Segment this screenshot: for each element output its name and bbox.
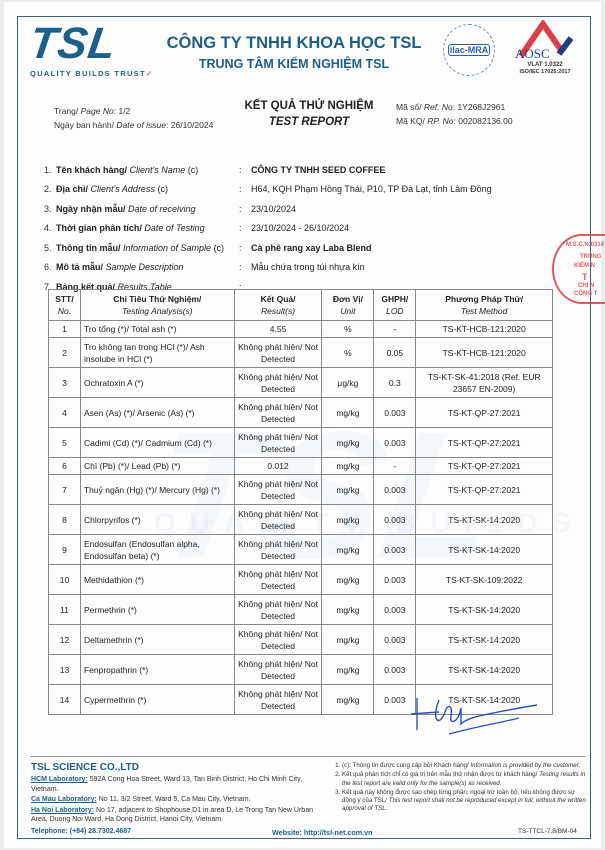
info-number: 5.	[44, 243, 56, 253]
table-row: 12Deltamethrin (*)Không phát hiện/ Not D…	[49, 625, 553, 655]
analysis-name: Methidathion (*)	[80, 565, 234, 595]
analysis-name: Chlorpyrifos (*)	[80, 505, 234, 535]
unit-value: mg/kg	[322, 398, 374, 428]
result-value: Không phát hiện/ Not Detected	[234, 625, 322, 655]
unit-value: mg/kg	[322, 595, 374, 625]
info-label: Địa chỉ/ Client's Address (c)	[56, 184, 239, 194]
info-value: 23/10/2024	[251, 204, 584, 214]
test-method: TS-KT-SK-41:2018 (Ref. EUR 23657 EN-2009…	[416, 368, 553, 398]
unit-value: mg/kg	[322, 428, 374, 458]
lod-value: 0.3	[374, 368, 416, 398]
unit-value: mg/kg	[322, 505, 374, 535]
info-number: 6.	[44, 262, 56, 272]
analysis-name: Cypermethrin (*)	[80, 685, 234, 715]
row-number: 12	[49, 625, 81, 655]
lod-value: 0.003	[374, 535, 416, 565]
table-row: 8Chlorpyrifos (*)Không phát hiện/ Not De…	[49, 505, 553, 535]
row-number: 11	[49, 595, 81, 625]
rp-number: Mã KQ/ RP. No: 002082136.00	[396, 116, 513, 126]
info-row: 5.Thông tin mẫu/ Information of Sample (…	[44, 238, 584, 258]
info-number: 4.	[44, 223, 56, 233]
table-body: 1Tro tổng (*)/ Total ash (*)4.55%-TS-KT-…	[49, 321, 553, 715]
lod-value: 0.003	[374, 595, 416, 625]
footer-contacts: TSL SCIENCE CO.,LTD HCM Laboratory: 592A…	[31, 762, 321, 836]
table-row: 11Permethrin (*)Không phát hiện/ Not Det…	[49, 595, 553, 625]
unit-value: %	[322, 321, 374, 338]
analysis-name: Permethrin (*)	[80, 595, 234, 625]
unit-value: mg/kg	[322, 655, 374, 685]
page-value: 1/2	[118, 106, 130, 116]
aosc-accreditation-logo: AOSC VLAT 1.0322 ISO/IEC 17025:2017	[509, 20, 581, 75]
lod-value: 0.003	[374, 655, 416, 685]
analysis-name: Thuỷ ngân (Hg) (*)/ Mercury (Hg) (*)	[80, 475, 234, 505]
table-row: 2Tro không tan trong HCl (*)/ Ash insolu…	[49, 338, 553, 368]
result-value: Không phát hiện/ Not Detected	[234, 595, 322, 625]
result-value: Không phát hiện/ Not Detected	[234, 398, 322, 428]
lod-value: 0.003	[374, 428, 416, 458]
center-name: TRUNG TÂM KIỂM NGHIỆM TSL	[154, 57, 434, 71]
result-value: Không phát hiện/ Not Detected	[234, 565, 322, 595]
lod-value: 0.003	[374, 475, 416, 505]
info-value: 23/10/2024 - 26/10/2024	[251, 223, 584, 233]
row-number: 14	[49, 685, 81, 715]
analysis-name: Endosulfan (Endosulfan alpha, Endosulfan…	[80, 535, 234, 565]
test-method: TS-KT-SK-14:2020	[416, 655, 553, 685]
table-row: 5Cadimi (Cd) (*)/ Cadmium (Cd) (*)Không …	[49, 428, 553, 458]
table-row: 1Tro tổng (*)/ Total ash (*)4.55%-TS-KT-…	[49, 321, 553, 338]
unit-value: %	[322, 338, 374, 368]
document-page: TSL QUALITY BUILDS TRUST TSL QUALITY BUI…	[4, 2, 601, 848]
title-en: TEST REPORT	[229, 116, 389, 128]
notes-list: (c): Thông tin được cung cấp bởi Khách h…	[332, 762, 587, 814]
aosc-label: AOSC	[509, 46, 581, 62]
result-value: Không phát hiện/ Not Detected	[234, 685, 322, 715]
ilac-label: ilac-MRA	[448, 44, 491, 56]
lod-value: 0.003	[374, 565, 416, 595]
test-method: TS-KT-SK-14:2020	[416, 625, 553, 655]
table-row: 7Thuỷ ngân (Hg) (*)/ Mercury (Hg) (*)Khô…	[49, 475, 553, 505]
result-value: Không phát hiện/ Not Detected	[234, 475, 322, 505]
row-number: 5	[49, 428, 81, 458]
result-value: 0.012	[234, 458, 322, 475]
results-table: STT/No.Chỉ Tiêu Thử Nghiệm/Testing Analy…	[48, 289, 553, 715]
ref-label-vi: Mã số/	[396, 102, 422, 112]
table-row: 13Fenpropathrin (*)Không phát hiện/ Not …	[49, 655, 553, 685]
table-row: 6Chì (Pb) (*)/ Lead (Pb) (*)0.012mg/kg-T…	[49, 458, 553, 475]
row-number: 6	[49, 458, 81, 475]
unit-value: µg/kg	[322, 368, 374, 398]
info-row: 6.Mô tả mẫu/ Sample Description:Mẫu chứa…	[44, 258, 584, 278]
table-row: 4Asen (As) (*)/ Arsenic (As) (*)Không ph…	[49, 398, 553, 428]
company-name: CÔNG TY TNHH KHOA HỌC TSL	[154, 34, 434, 53]
lab-entry: Ca Mau Laboratory: No 11, 3/2 Street, Wa…	[31, 795, 321, 805]
row-number: 3	[49, 368, 81, 398]
note-item: Kết quả phân tích chỉ có giá trị trên mẫ…	[342, 771, 587, 788]
row-number: 9	[49, 535, 81, 565]
result-value: Không phát hiện/ Not Detected	[234, 428, 322, 458]
info-number: 1.	[44, 165, 56, 175]
issue-date: Ngày ban hành/ Date of issue: 26/10/2024	[54, 120, 213, 130]
check-icon: ✓	[146, 69, 154, 78]
logo-text: TSL	[27, 22, 143, 66]
lab-list: HCM Laboratory: 592A Cong Hoa Street, Wa…	[31, 775, 321, 825]
result-value: Không phát hiện/ Not Detected	[234, 505, 322, 535]
aosc-code: VLAT 1.0322	[509, 62, 581, 68]
info-label: Thông tin mẫu/ Information of Sample (c)	[56, 243, 239, 253]
info-colon: :	[239, 165, 251, 175]
column-header: GHPH/LOD	[374, 290, 416, 321]
info-colon: :	[239, 204, 251, 214]
form-code: TS-TTCL-7.8/BM-04	[518, 828, 577, 835]
company-heading: CÔNG TY TNHH KHOA HỌC TSL TRUNG TÂM KIỂM…	[154, 34, 434, 71]
test-method: TS-KT-SK-14:2020	[416, 595, 553, 625]
column-header: Kết Quả/Result(s)	[234, 290, 322, 321]
issue-label-en: Date of issue	[116, 120, 166, 130]
table-header-row: STT/No.Chỉ Tiêu Thử Nghiệm/Testing Analy…	[49, 290, 553, 321]
column-header: Đơn Vị/Unit	[322, 290, 374, 321]
rp-label-vi: Mã KQ/	[396, 116, 425, 126]
table-row: 10Methidathion (*)Không phát hiện/ Not D…	[49, 565, 553, 595]
info-label: Tên khách hàng/ Client's Name (c)	[56, 165, 239, 175]
lod-value: 0.05	[374, 338, 416, 368]
table-row: 3Ochratoxin A (*)Không phát hiện/ Not De…	[49, 368, 553, 398]
info-value: Mẫu chứa trong túi nhựa kín	[251, 262, 584, 272]
footer-company: TSL SCIENCE CO.,LTD	[31, 762, 321, 774]
page-number: Trang/ Page No: 1/2	[54, 106, 130, 116]
lod-value: -	[374, 321, 416, 338]
test-method: TS-KT-SK-14:2020	[416, 505, 553, 535]
page-label-en: Page No	[81, 106, 114, 116]
info-row: 1.Tên khách hàng/ Client's Name (c):CÔNG…	[44, 160, 584, 180]
unit-value: mg/kg	[322, 458, 374, 475]
column-header: STT/No.	[49, 290, 81, 321]
sample-info-list: 1.Tên khách hàng/ Client's Name (c):CÔNG…	[44, 160, 584, 297]
info-label: Ngày nhận mẫu/ Date of receiving	[56, 204, 239, 214]
title-vi: KẾT QUẢ THỬ NGHIỆM	[229, 100, 389, 112]
info-row: 3.Ngày nhận mẫu/ Date of receiving:23/10…	[44, 199, 584, 219]
report-title: KẾT QUẢ THỬ NGHIỆM TEST REPORT	[229, 100, 389, 128]
rp-label-en: RP. No	[427, 116, 453, 126]
row-number: 8	[49, 505, 81, 535]
website-link[interactable]: Website: http://tsl-net.com.vn	[272, 828, 373, 837]
footer-divider	[30, 756, 586, 757]
analysis-name: Asen (As) (*)/ Arsenic (As) (*)	[80, 398, 234, 428]
lod-value: 0.003	[374, 505, 416, 535]
analysis-name: Deltamethrin (*)	[80, 625, 234, 655]
logo-tagline: QUALITY BUILDS TRUST✓	[30, 69, 140, 78]
info-row: 4.Thời gian phân tích/ Date of Testing:2…	[44, 219, 584, 239]
ref-number: Mã số/ Ref. No: 1Y268J2961	[396, 102, 505, 112]
tsl-logo: TSL QUALITY BUILDS TRUST✓	[30, 22, 140, 78]
page-label-vi: Trang/	[54, 106, 78, 116]
unit-value: mg/kg	[322, 475, 374, 505]
info-number: 3.	[44, 204, 56, 214]
ilac-mra-logo: ilac-MRA	[443, 24, 495, 76]
company-stamp: M.S.C.N:0314 TRUNG KIỂM N T CHI N CÔNG T	[552, 234, 605, 304]
info-colon: :	[239, 262, 251, 272]
tagline-text: QUALITY BUILDS TRUST	[30, 69, 146, 78]
test-method: TS-KT-SK-109:2022	[416, 565, 553, 595]
info-value: CÔNG TY TNHH SEED COFFEE	[251, 165, 584, 175]
unit-value: mg/kg	[322, 535, 374, 565]
info-number: 2.	[44, 184, 56, 194]
row-number: 2	[49, 338, 81, 368]
unit-value: mg/kg	[322, 685, 374, 715]
ref-label-en: Ref. No	[424, 102, 453, 112]
result-value: Không phát hiện/ Not Detected	[234, 338, 322, 368]
row-number: 7	[49, 475, 81, 505]
row-number: 13	[49, 655, 81, 685]
column-header: Chỉ Tiêu Thử Nghiệm/Testing Analysis(s)	[80, 290, 234, 321]
footer-notes: (c): Thông tin được cung cấp bởi Khách h…	[332, 762, 587, 815]
test-method: TS-KT-QP-27:2021	[416, 475, 553, 505]
lod-value: -	[374, 458, 416, 475]
row-number: 4	[49, 398, 81, 428]
unit-value: mg/kg	[322, 565, 374, 595]
analysis-name: Tro không tan trong HCl (*)/ Ash insolub…	[80, 338, 234, 368]
info-value: H64, KQH Phạm Hồng Thái, P10, TP Đà Lạt,…	[251, 184, 584, 194]
test-method: TS-KT-HCB-121:2020	[416, 338, 553, 368]
info-colon: :	[239, 243, 251, 253]
analysis-name: Fenpropathrin (*)	[80, 655, 234, 685]
info-label: Mô tả mẫu/ Sample Description	[56, 262, 239, 272]
issue-label-vi: Ngày ban hành/	[54, 120, 114, 130]
note-item: (c): Thông tin được cung cấp bởi Khách h…	[342, 762, 587, 770]
test-method: TS-KT-HCB-121:2020	[416, 321, 553, 338]
result-value: Không phát hiện/ Not Detected	[234, 655, 322, 685]
result-value: 4.55	[234, 321, 322, 338]
analysis-name: Chì (Pb) (*)/ Lead (Pb) (*)	[80, 458, 234, 475]
aosc-standard: ISO/IEC 17025:2017	[509, 69, 581, 75]
result-value: Không phát hiện/ Not Detected	[234, 368, 322, 398]
test-method: TS-KT-QP-27:2021	[416, 428, 553, 458]
unit-value: mg/kg	[322, 625, 374, 655]
row-number: 10	[49, 565, 81, 595]
test-method: TS-KT-QP-27:2021	[416, 458, 553, 475]
analysis-name: Tro tổng (*)/ Total ash (*)	[80, 321, 234, 338]
analysis-name: Cadimi (Cd) (*)/ Cadmium (Cd) (*)	[80, 428, 234, 458]
ref-value: 1Y268J2961	[457, 102, 505, 112]
test-method: TS-KT-SK-14:2020	[416, 535, 553, 565]
issue-value: 26/10/2024	[171, 120, 214, 130]
table-row: 9Endosulfan (Endosulfan alpha, Endosulfa…	[49, 535, 553, 565]
lab-entry: Ha Noi Laboratory: No 17, adjacent to Sh…	[31, 806, 321, 825]
row-number: 1	[49, 321, 81, 338]
analysis-name: Ochratoxin A (*)	[80, 368, 234, 398]
lod-value: 0.003	[374, 625, 416, 655]
note-item: Kết quả này không được sao chép từng phầ…	[342, 789, 587, 814]
column-header: Phương Pháp Thử/Test Method	[416, 290, 553, 321]
lod-value: 0.003	[374, 398, 416, 428]
info-label: Thời gian phân tích/ Date of Testing	[56, 223, 239, 233]
info-value: Cà phê rang xay Laba Blend	[251, 243, 584, 253]
rp-value: 002082136.00	[458, 116, 512, 126]
info-colon: :	[239, 223, 251, 233]
info-colon: :	[239, 184, 251, 194]
info-row: 2.Địa chỉ/ Client's Address (c):H64, KQH…	[44, 180, 584, 200]
result-value: Không phát hiện/ Not Detected	[234, 535, 322, 565]
signature	[409, 690, 539, 735]
test-method: TS-KT-QP-27:2021	[416, 398, 553, 428]
lab-entry: HCM Laboratory: 592A Cong Hoa Street, Wa…	[31, 775, 321, 794]
